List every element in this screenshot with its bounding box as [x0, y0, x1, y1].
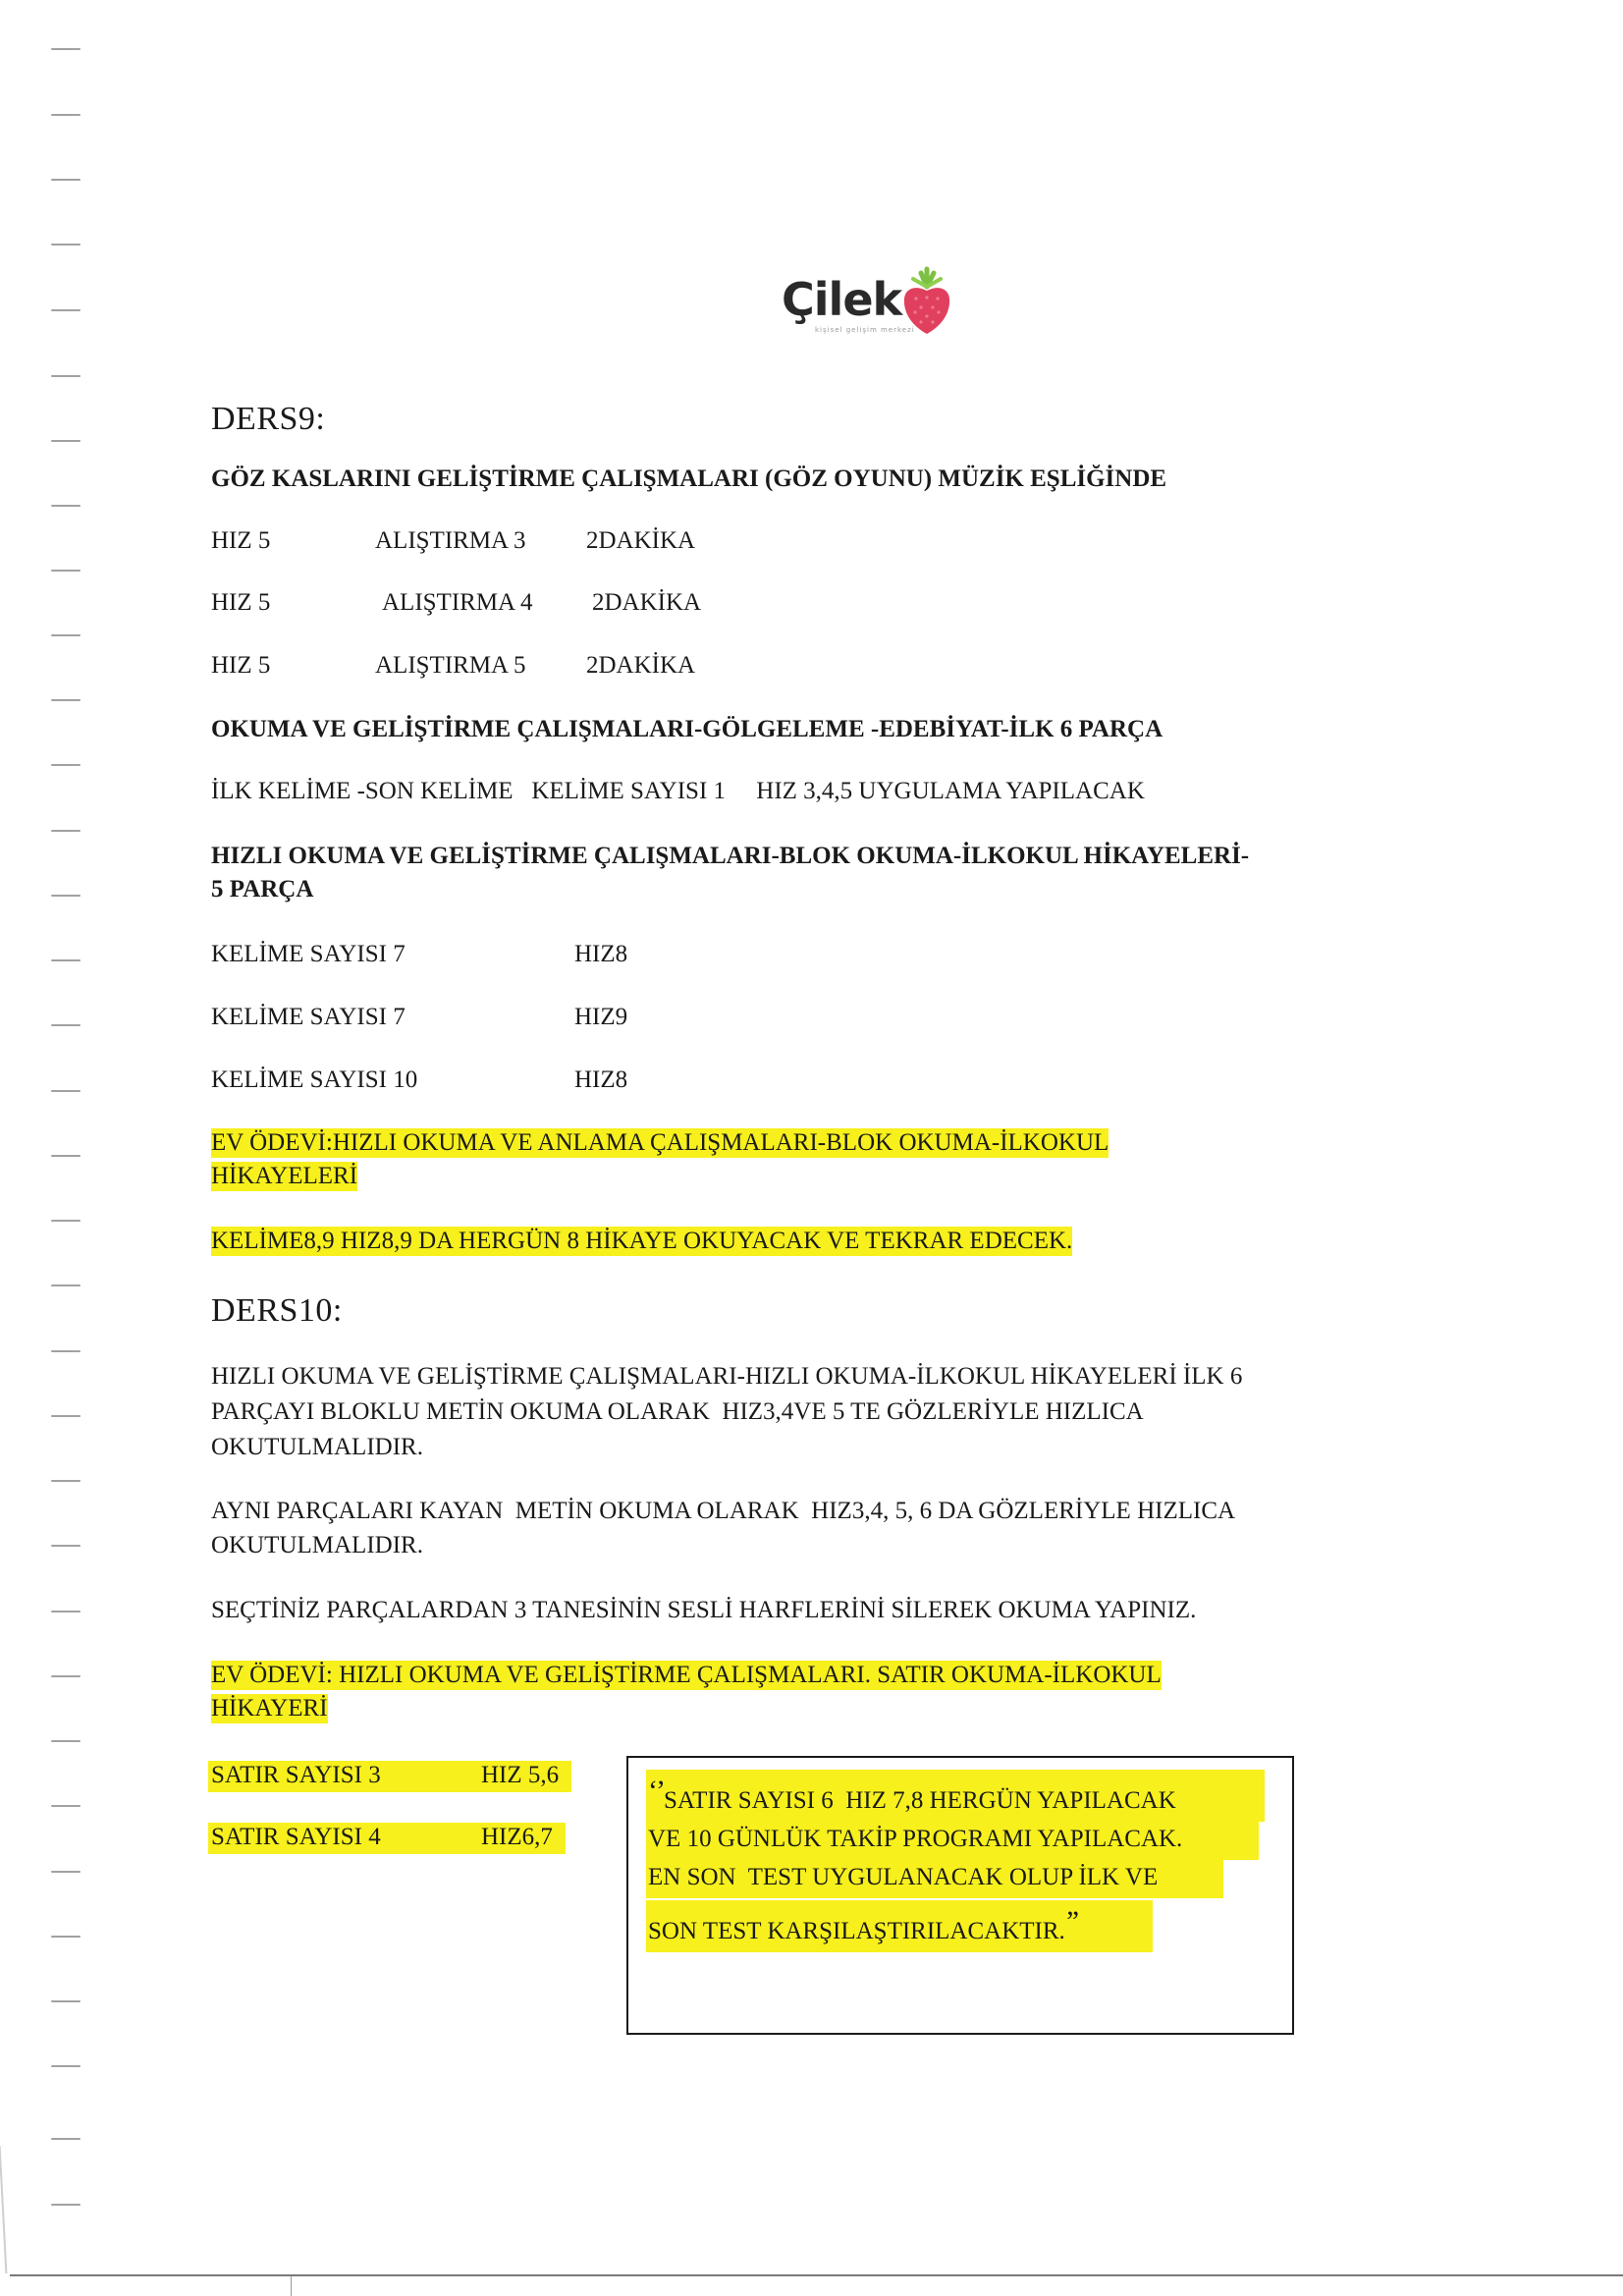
margin-tick — [51, 1675, 81, 1677]
margin-tick — [51, 2000, 81, 2002]
block-reading-heading-line1: HIZLI OKUMA VE GELİŞTİRME ÇALIŞMALARI-BL… — [211, 843, 1249, 870]
homework-line: KELİME8,9 HIZ8,9 DA HERGÜN 8 HİKAYE OKUY… — [211, 1227, 1072, 1256]
margin-tick — [51, 1024, 81, 1026]
shadowing-heading: OKUMA VE GELİŞTİRME ÇALIŞMALARI-GÖLGELEM… — [211, 716, 1163, 743]
eye-muscle-heading: GÖZ KASLARINI GELİŞTİRME ÇALIŞMALARI (GÖ… — [211, 465, 1166, 493]
lesson-9-title: DERS9: — [211, 401, 325, 438]
paragraph-line: OKUTULMALIDIR. — [211, 1532, 423, 1559]
duration-cell: 2DAKİKA — [586, 652, 695, 680]
scan-edge-bottom — [10, 2274, 1623, 2276]
exercise-cell: ALIŞTIRMA 4 — [382, 589, 532, 617]
margin-tick — [51, 959, 81, 961]
margin-tick — [51, 570, 81, 572]
margin-tick — [51, 1285, 81, 1286]
homework-line: EV ÖDEVİ: HIZLI OKUMA VE GELİŞTİRME ÇALI… — [211, 1661, 1162, 1690]
cilek-logo: Çilek kişisel gelişim merkezi — [782, 265, 958, 344]
margin-tick — [51, 1740, 81, 1742]
line-count-cell: SATIR SAYISI 3 — [211, 1762, 381, 1789]
note-line: SATIR SAYISI 6 HIZ 7,8 HERGÜN YAPILACAK — [664, 1787, 1176, 1814]
margin-tick — [51, 375, 81, 377]
homework-line: HİKAYERİ — [211, 1694, 328, 1723]
word-count-cell: KELİME SAYISI 7 — [211, 1004, 406, 1031]
margin-tick — [51, 1545, 81, 1547]
speed-cell: HIZ9 — [574, 1004, 627, 1031]
close-quote: ’’ — [1065, 1905, 1079, 1938]
paragraph-line: PARÇAYI BLOKLU METİN OKUMA OLARAK HIZ3,4… — [211, 1398, 1144, 1426]
paragraph-line: OKUTULMALIDIR. — [211, 1434, 423, 1461]
scan-edge-left — [0, 2146, 7, 2273]
speed-cell: HIZ 5 — [211, 527, 270, 555]
margin-tick — [51, 2138, 81, 2140]
duration-cell: 2DAKİKA — [592, 589, 701, 617]
word-count-cell: KELİME SAYISI 7 — [211, 941, 406, 968]
margin-tick — [51, 440, 81, 442]
margin-tick — [51, 48, 81, 50]
block-reading-heading-line2: 5 PARÇA — [211, 876, 313, 903]
exercise-cell: ALIŞTIRMA 3 — [375, 527, 525, 555]
homework-line: EV ÖDEVİ:HIZLI OKUMA VE ANLAMA ÇALIŞMALA… — [211, 1128, 1109, 1158]
margin-tick — [51, 2204, 81, 2206]
paragraph-line: HIZLI OKUMA VE GELİŞTİRME ÇALIŞMALARI-HI… — [211, 1363, 1242, 1391]
margin-tick — [51, 1871, 81, 1873]
shadowing-instruction: İLK KELİME -SON KELİME KELİME SAYISI 1 H… — [211, 778, 1145, 805]
speed-cell: HIZ 5 — [211, 589, 270, 617]
margin-tick — [51, 1090, 81, 1092]
speed-cell: HIZ 5,6 — [481, 1762, 559, 1789]
margin-tick — [51, 634, 81, 636]
note-line: SON TEST KARŞILAŞTIRILACAKTIR. — [648, 1918, 1065, 1944]
speed-cell: HIZ 5 — [211, 652, 270, 680]
duration-cell: 2DAKİKA — [586, 527, 695, 555]
margin-tick — [51, 830, 81, 832]
margin-tick — [51, 1220, 81, 1222]
line-count-cell: SATIR SAYISI 4 — [211, 1824, 381, 1851]
logo-wordmark: Çilek — [782, 273, 901, 326]
margin-tick — [51, 1480, 81, 1482]
lesson-10-paragraph-3: SEÇTİNİZ PARÇALARDAN 3 TANESİNİN SESLİ H… — [211, 1597, 1196, 1624]
margin-tick — [51, 114, 81, 116]
margin-tick — [51, 179, 81, 181]
margin-tick — [51, 2065, 81, 2067]
note-box: ‘’SATIR SAYISI 6 HIZ 7,8 HERGÜN YAPILACA… — [626, 1756, 1294, 2035]
lesson-10-title: DERS10: — [211, 1292, 343, 1330]
logo-tagline: kişisel gelişim merkezi — [815, 326, 915, 334]
margin-tick — [51, 1155, 81, 1157]
strawberry-icon — [901, 265, 952, 336]
note-line: EN SON TEST UYGULANACAK OLUP İLK VE — [646, 1856, 1223, 1898]
scan-edge-notch — [291, 2276, 292, 2296]
paragraph-line: AYNI PARÇALARI KAYAN METİN OKUMA OLARAK … — [211, 1498, 1235, 1525]
margin-tick — [51, 764, 81, 766]
speed-cell: HIZ8 — [574, 941, 627, 968]
margin-tick — [51, 1805, 81, 1807]
word-count-cell: KELİME SAYISI 10 — [211, 1066, 417, 1094]
exercise-cell: ALIŞTIRMA 5 — [375, 652, 525, 680]
margin-tick — [51, 1611, 81, 1613]
margin-tick — [51, 1936, 81, 1938]
margin-tick — [51, 309, 81, 311]
speed-cell: HIZ8 — [574, 1066, 627, 1094]
note-line: VE 10 GÜNLÜK TAKİP PROGRAMI YAPILACAK. — [646, 1818, 1259, 1860]
margin-tick — [51, 699, 81, 701]
margin-tick — [51, 895, 81, 897]
speed-cell: HIZ6,7 — [481, 1824, 553, 1851]
margin-tick — [51, 1415, 81, 1417]
margin-tick — [51, 505, 81, 507]
margin-tick — [51, 1350, 81, 1352]
open-quote: ‘’ — [648, 1775, 664, 1807]
homework-line: HİKAYELERİ — [211, 1162, 357, 1191]
margin-tick — [51, 244, 81, 246]
